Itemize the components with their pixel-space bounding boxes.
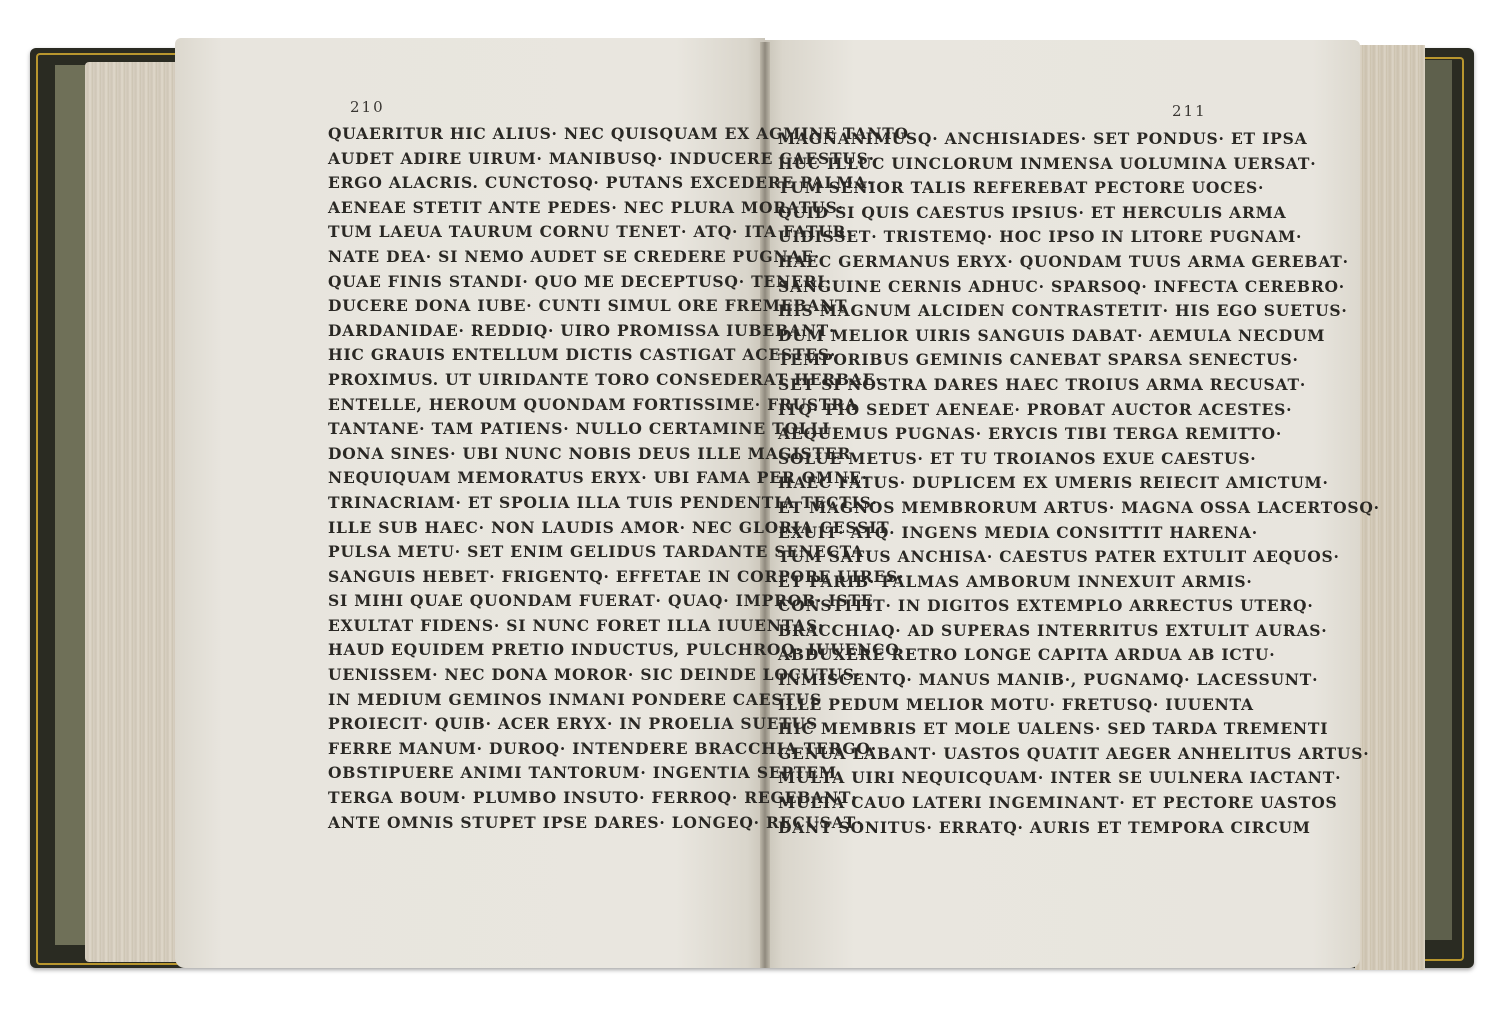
text-line: ET PARIB· PALMAS AMBORUM INNEXUIT ARMIS· [778, 570, 1380, 595]
text-line: ABDUXERE RETRO LONGE CAPITA ARDUA AB ICT… [778, 643, 1380, 668]
text-line: UIDISSET· TRISTEMQ· HOC IPSO IN LITORE P… [778, 225, 1380, 250]
text-line: QUID SI QUIS CAESTUS IPSIUS· ET HERCULIS… [778, 201, 1380, 226]
text-line: ILLE PEDUM MELIOR MOTU· FRETUSQ· IUUENTA [778, 693, 1380, 718]
text-line: ITQ· PIO SEDET AENEAE· PROBAT AUCTOR ACE… [778, 398, 1380, 423]
text-line: MULTA UIRI NEQUICQUAM· INTER SE UULNERA … [778, 766, 1380, 791]
left-page-number: 210 [350, 98, 385, 116]
text-line: BRACCHIAQ· AD SUPERAS INTERRITUS EXTULIT… [778, 619, 1380, 644]
right-page-text: MAGNANIMUSQ· ANCHISIADES· SET PONDUS· ET… [778, 127, 1380, 840]
text-line: MULTA CAUO LATERI INGEMINANT· ET PECTORE… [778, 791, 1380, 816]
text-line: SANGUINE CERNIS ADHUC· SPARSOQ· INFECTA … [778, 275, 1380, 300]
text-line: HIS MAGNUM ALCIDEN CONTRASTETIT· HIS EGO… [778, 299, 1380, 324]
text-line: MAGNANIMUSQ· ANCHISIADES· SET PONDUS· ET… [778, 127, 1380, 152]
text-line: ET MAGNOS MEMBRORUM ARTUS· MAGNA OSSA LA… [778, 496, 1380, 521]
text-line: AEQUEMUS PUGNAS· ERYCIS TIBI TERGA REMIT… [778, 422, 1380, 447]
right-page-number: 211 [1172, 102, 1207, 120]
text-line: DUM MELIOR UIRIS SANGUIS DABAT· AEMULA N… [778, 324, 1380, 349]
text-line: HAEC FATUS· DUPLICEM EX UMERIS REIECIT A… [778, 471, 1380, 496]
text-line: HIC MEMBRIS ET MOLE UALENS· SED TARDA TR… [778, 717, 1380, 742]
text-line: HAEC GERMANUS ERYX· QUONDAM TUUS ARMA GE… [778, 250, 1380, 275]
text-line: TUM SATUS ANCHISA· CAESTUS PATER EXTULIT… [778, 545, 1380, 570]
text-line: SET SI NOSTRA DARES HAEC TROIUS ARMA REC… [778, 373, 1380, 398]
text-line: GENUA LABANT· UASTOS QUATIT AEGER ANHELI… [778, 742, 1380, 767]
text-line: SOLUE METUS· ET TU TROIANOS EXUE CAESTUS… [778, 447, 1380, 472]
text-line: TUM SENIOR TALIS REFEREBAT PECTORE UOCES… [778, 176, 1380, 201]
text-line: TEMPORIBUS GEMINIS CANEBAT SPARSA SENECT… [778, 348, 1380, 373]
text-line: INMISCENTQ· MANUS MANIB·, PUGNAMQ· LACES… [778, 668, 1380, 693]
text-line: DANT SONITUS· ERRATQ· AURIS ET TEMPORA C… [778, 816, 1380, 841]
text-line: CONSTITIT· IN DIGITOS EXTEMPLO ARRECTUS … [778, 594, 1380, 619]
text-line: HUC ILLUC UINCLORUM INMENSA UOLUMINA UER… [778, 152, 1380, 177]
text-line: EXUIT· ATQ· INGENS MEDIA CONSITTIT HAREN… [778, 521, 1380, 546]
